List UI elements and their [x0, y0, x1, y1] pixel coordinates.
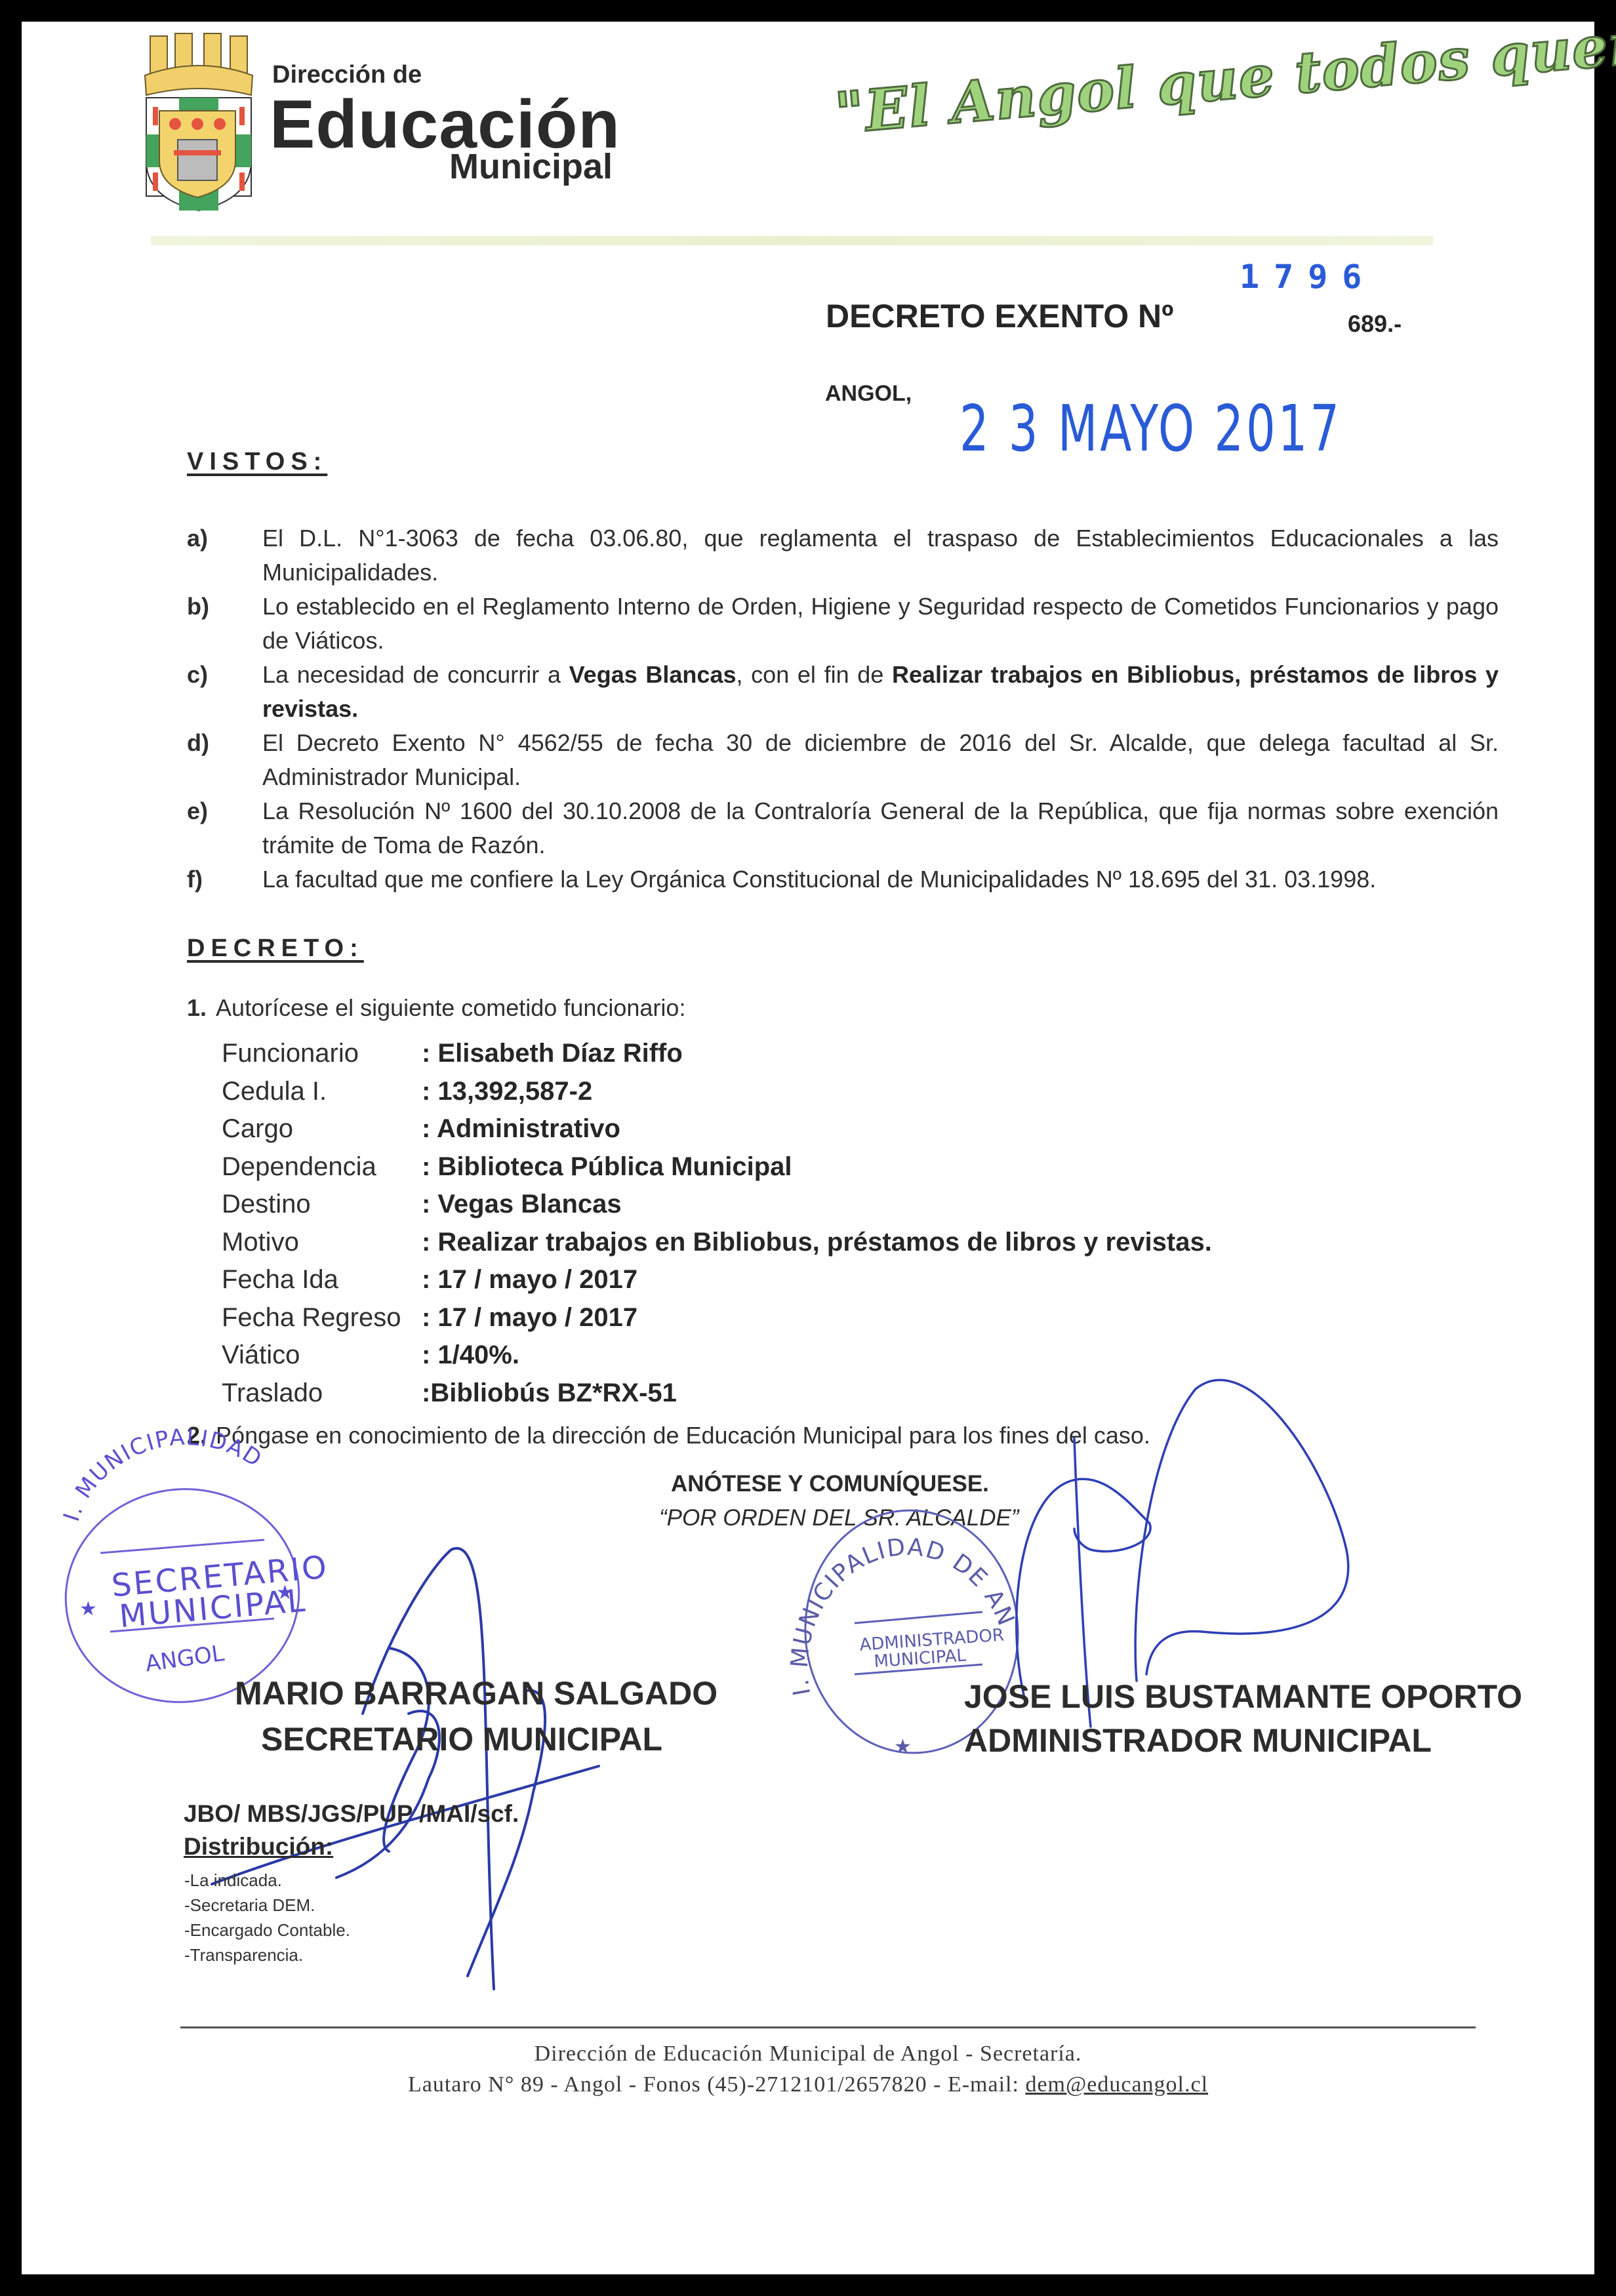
por-orden-text: “POR ORDEN DEL SR. ALCALDE”	[659, 1505, 1019, 1531]
footer-org: Dirección de Educación Municipal de Ango…	[22, 2042, 1594, 2066]
svg-text:SECRETARIO: SECRETARIO	[110, 1549, 330, 1605]
date-stamp: 2 3 MAYO 2017	[960, 392, 1342, 466]
register-number-stamp: 1796	[1240, 258, 1376, 296]
vistos-item-text: El D.L. N°1-3063 de fecha 03.06.80, que …	[262, 521, 1499, 590]
reference-initials: JBO/ MBS/JGS/PUP /MAI/scf.	[184, 1800, 519, 1828]
signatory-1-title: SECRETARIO MUNICIPAL	[261, 1720, 662, 1758]
field-row: Dependencia: Biblioteca Pública Municipa…	[222, 1148, 1212, 1186]
field-label: Fecha Ida	[222, 1261, 422, 1299]
vistos-item: b)Lo establecido en el Reglamento Intern…	[187, 590, 1499, 658]
anotese-text: ANÓTESE Y COMUNÍQUESE.	[671, 1471, 989, 1497]
footer-email-link[interactable]: dem@educangol.cl	[1025, 2072, 1208, 2097]
field-value: : Vegas Blancas	[422, 1186, 622, 1224]
field-value: : Biblioteca Pública Municipal	[422, 1148, 792, 1186]
field-row: Motivo: Realizar trabajos en Bibliobus, …	[222, 1224, 1212, 1262]
field-row: Traslado:Bibliobús BZ*RX-51	[222, 1375, 1212, 1413]
distribution-heading: Distribución:	[184, 1833, 333, 1861]
field-label: Cedula I.	[222, 1073, 422, 1111]
document-page: Dirección de Educación Municipal "El Ang…	[22, 22, 1594, 2274]
field-value: : 17 / mayo / 2017	[422, 1261, 637, 1299]
decree-title: DECRETO EXENTO Nº	[826, 297, 1173, 335]
point-text: Autorícese el siguiente cometido funcion…	[216, 994, 685, 1021]
field-row: Viático: 1/40%.	[222, 1337, 1212, 1375]
vistos-item-text: La Resolución Nº 1600 del 30.10.2008 de …	[262, 794, 1499, 862]
signatory-2-name: JOSE LUIS BUSTAMANTE OPORTO	[964, 1678, 1522, 1716]
field-label: Motivo	[222, 1224, 422, 1262]
field-value: : Realizar trabajos en Bibliobus, présta…	[422, 1224, 1212, 1262]
vistos-item: a)El D.L. N°1-3063 de fecha 03.06.80, qu…	[187, 521, 1499, 590]
vistos-item-label: b)	[187, 590, 209, 624]
vistos-item: f)La facultad que me confiere la Ley Org…	[187, 862, 1499, 896]
distribution-item: -Encargado Contable.	[184, 1918, 350, 1943]
svg-text:MUNICIPAL: MUNICIPAL	[874, 1645, 967, 1672]
distribution-item: -La indicada.	[184, 1868, 350, 1893]
signatory-2-title: ADMINISTRADOR MUNICIPAL	[964, 1722, 1432, 1760]
city-motto: "El Angol que todos queremos..."	[832, 0, 1616, 147]
svg-text:ADMINISTRADOR: ADMINISTRADOR	[859, 1625, 1005, 1655]
field-label: Funcionario	[222, 1035, 422, 1073]
svg-text:★: ★	[79, 1598, 97, 1621]
field-row: Fecha Regreso: 17 / mayo / 2017	[222, 1299, 1212, 1337]
vistos-item-label: d)	[187, 726, 209, 760]
vistos-item-label: c)	[187, 658, 208, 692]
field-value: :Bibliobús BZ*RX-51	[422, 1375, 677, 1413]
point-number: 1.	[187, 994, 207, 1021]
field-label: Cargo	[222, 1110, 422, 1148]
field-value: : Elisabeth Díaz Riffo	[422, 1035, 683, 1073]
footer-address: Lautaro N° 89 - Angol - Fonos (45)-27121…	[408, 2072, 1025, 2097]
vistos-heading: VISTOS:	[187, 448, 327, 476]
decree-point-1: 1.Autorícese el siguiente cometido funci…	[187, 991, 685, 1025]
field-row: Cedula I.: 13,392,587-2	[222, 1073, 1212, 1111]
field-value: : Administrativo	[422, 1110, 620, 1148]
distribution-item: -Secretaria DEM.	[184, 1893, 350, 1918]
vistos-item-label: e)	[187, 794, 208, 828]
vistos-item-text: La facultad que me confiere la Ley Orgán…	[262, 862, 1499, 896]
field-value: : 1/40%.	[422, 1337, 519, 1375]
vistos-item-label: a)	[187, 521, 208, 555]
header-divider	[151, 236, 1433, 245]
vistos-item-text: El Decreto Exento N° 4562/55 de fecha 30…	[262, 726, 1499, 794]
footer-divider	[180, 2026, 1476, 2028]
field-label: Dependencia	[222, 1148, 422, 1186]
svg-text:MUNICIPAL: MUNICIPAL	[118, 1582, 309, 1635]
decree-place: ANGOL,	[825, 381, 912, 407]
vistos-item: c)La necesidad de concurrir a Vegas Blan…	[187, 658, 1499, 726]
distribution-list: -La indicada.-Secretaria DEM.-Encargado …	[184, 1868, 350, 1967]
vistos-item: d)El Decreto Exento N° 4562/55 de fecha …	[187, 726, 1499, 794]
signatory-1-name: MARIO BARRAGAN SALGADO	[235, 1674, 717, 1712]
footer-contact: Lautaro N° 89 - Angol - Fonos (45)-27121…	[22, 2072, 1594, 2097]
decree-number: 689.-	[1348, 310, 1402, 338]
org-name-line3: Municipal	[449, 146, 613, 187]
field-label: Fecha Regreso	[222, 1299, 422, 1337]
field-row: Cargo: Administrativo	[222, 1110, 1212, 1148]
point-number: 2.	[187, 1422, 207, 1449]
field-row: Destino: Vegas Blancas	[222, 1186, 1212, 1224]
coat-of-arms-icon	[141, 30, 256, 212]
decree-point-2: 2.Póngase en conocimiento de la direcció…	[187, 1419, 1150, 1453]
svg-text:ANGOL: ANGOL	[144, 1640, 226, 1677]
field-label: Viático	[222, 1337, 422, 1375]
field-label: Traslado	[222, 1375, 422, 1413]
vistos-item-text: Lo establecido en el Reglamento Interno …	[262, 590, 1499, 658]
vistos-item-text: La necesidad de concurrir a Vegas Blanca…	[262, 658, 1499, 726]
field-label: Destino	[222, 1186, 422, 1224]
vistos-item-label: f)	[187, 862, 203, 896]
vistos-item: e)La Resolución Nº 1600 del 30.10.2008 d…	[187, 794, 1499, 862]
field-row: Fecha Ida: 17 / mayo / 2017	[222, 1261, 1212, 1299]
svg-text:★: ★	[894, 1735, 912, 1758]
commission-fields: Funcionario: Elisabeth Díaz RiffoCedula …	[222, 1035, 1212, 1412]
point-text: Póngase en conocimiento de la dirección …	[216, 1422, 1150, 1449]
svg-text:★: ★	[276, 1581, 294, 1604]
field-row: Funcionario: Elisabeth Díaz Riffo	[222, 1035, 1212, 1073]
decreto-heading: DECRETO:	[187, 935, 364, 963]
org-name-line1: Dirección de	[272, 61, 422, 89]
field-value: : 13,392,587-2	[422, 1073, 592, 1111]
field-value: : 17 / mayo / 2017	[422, 1299, 637, 1337]
distribution-item: -Transparencia.	[184, 1943, 350, 1967]
